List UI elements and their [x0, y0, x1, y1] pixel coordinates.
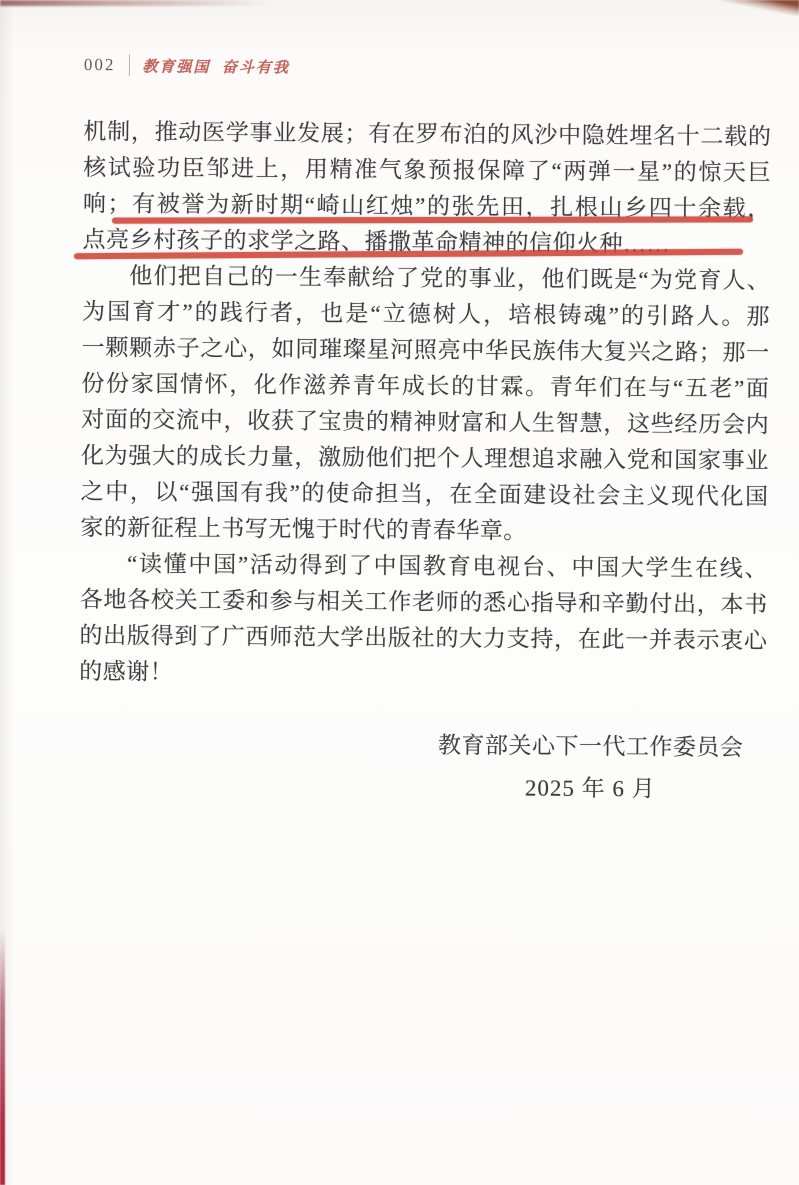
body-text: 机制，推动医学事业发展；有在罗布泊的风沙中隐姓埋名十二载的 核试验功臣邹进上，用… — [79, 114, 772, 695]
signature-date: 2025 年 6 月 — [437, 769, 743, 804]
body-line: “读懂中国”活动得到了中国教育电视台、中国大学生在线、 — [80, 546, 768, 587]
header-divider — [128, 54, 129, 76]
body-line: 机制，推动医学事业发展；有在罗布泊的风沙中隐姓埋名十二载的 — [83, 114, 771, 155]
signature-block: 教育部关心下一代工作委员会 2025 年 6 月 — [437, 727, 744, 804]
body-line: 对面的交流中，收获了宝贵的精神财富和人生智慧，这些经历会内 — [81, 402, 769, 443]
body-line: 各地各校关工委和参与相关工作老师的悉心指导和辛勤付出，本书 — [80, 582, 768, 623]
header-title: 教育强国 奋斗有我 — [142, 55, 290, 77]
body-line: 的感谢！ — [79, 654, 767, 695]
book-page-photo: 002 教育强国 奋斗有我 机制，推动医学事业发展；有在罗布泊的风沙中隐姓埋名十… — [0, 0, 799, 1185]
body-line: 份份家国情怀，化作滋养青年成长的甘霖。青年们在与“五老”面 — [81, 366, 769, 407]
body-line: 之中，以“强国有我”的使命担当，在全面建设社会主义现代化国 — [80, 474, 768, 515]
page-number: 002 — [84, 55, 116, 75]
body-line: 化为强大的成长力量，激励他们把个人理想追求融入党和国家事业 — [81, 438, 769, 479]
body-line: 他们把自己的一生奉献给了党的事业，他们既是“为党育人、 — [82, 258, 770, 299]
body-line: 核试验功臣邹进上，用精准气象预报保障了“两弹一星”的惊天巨 — [83, 150, 771, 191]
body-line: 的出版得到了广西师范大学出版社的大力支持，在此一并表示衷心 — [79, 618, 767, 659]
body-line: 一颗颗赤子之心，如同璀璨星河照亮中华民族伟大复兴之路；那一 — [82, 330, 770, 371]
photo-edge-top — [0, 0, 270, 6]
body-line: 为国育才”的践行者，也是“立德树人，培根铸魂”的引路人。那 — [82, 294, 770, 335]
photo-edge-top-right-corner — [721, 0, 799, 16]
page-header: 002 教育强国 奋斗有我 — [84, 54, 290, 78]
body-line: 家的新征程上书写无愧于时代的青春华章。 — [80, 510, 768, 551]
photo-edge-left-bottom — [0, 930, 5, 1185]
signature-name: 教育部关心下一代工作委员会 — [438, 727, 744, 762]
page-content: 002 教育强国 奋斗有我 机制，推动医学事业发展；有在罗布泊的风沙中隐姓埋名十… — [0, 0, 799, 1185]
